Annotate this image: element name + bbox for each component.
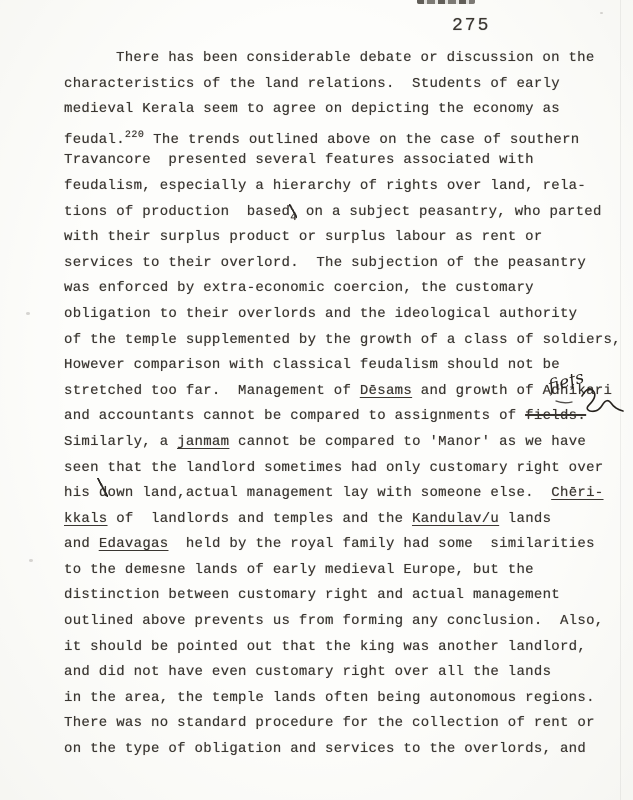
text-segment-u: Kandulav/u: [412, 511, 499, 527]
text-segment: with their surplus product or surplus la…: [64, 229, 543, 245]
text-segment-u: janmam: [177, 434, 229, 450]
text-segment-slash-sub: 4: [290, 206, 297, 232]
text-segment: his: [64, 485, 99, 501]
text-line: There has been considerable debate or di…: [64, 46, 620, 72]
scan-speck: [29, 559, 33, 562]
text-segment-u: Dēsams: [360, 383, 412, 399]
page-number: 275: [452, 16, 490, 36]
text-segment: tions of production based: [64, 204, 290, 220]
text-line: was enforced by extra-economic coercion,…: [64, 276, 620, 302]
text-segment-u: Edavagas: [99, 536, 169, 552]
text-segment: of landlords and temples and the: [108, 511, 413, 527]
text-segment: on a subject peasantry, who parted: [297, 204, 602, 220]
text-line: stretched too far. Management of Dēsams …: [64, 379, 620, 405]
scanned-document-page: 275 There has been considerable debate o…: [0, 0, 633, 800]
text-segment: and did not have even customary right ov…: [64, 664, 551, 680]
text-segment: Similarly, a: [64, 434, 177, 450]
text-segment: medieval Kerala seem to agree on depicti…: [64, 101, 560, 117]
text-segment-strike: fields.: [525, 408, 586, 424]
text-segment: lands: [499, 511, 551, 527]
scan-speck: [600, 12, 603, 14]
text-segment: The trends outlined above on the case of…: [144, 132, 579, 148]
text-line: in the area, the temple lands often bein…: [64, 686, 620, 712]
text-segment: it should be pointed out that the king w…: [64, 639, 586, 655]
text-segment: held by the royal family had some simila…: [168, 536, 594, 552]
text-segment-u: kkals: [64, 511, 108, 527]
text-line: However comparison with classical feudal…: [64, 353, 620, 379]
text-segment: seen that the landlord sometimes had onl…: [64, 460, 603, 476]
text-line: obligation to their overlords and the id…: [64, 302, 620, 328]
text-line: characteristics of the land relations. S…: [64, 72, 620, 98]
text-segment: cannot be compared to 'Manor' as we have: [229, 434, 586, 450]
text-segment-slash: d: [99, 481, 108, 507]
scan-speck: [26, 312, 30, 315]
text-line: and accountants cannot be compared to as…: [64, 404, 620, 430]
text-line: kkals of landlords and temples and the K…: [64, 507, 620, 533]
text-line: feudal.220 The trends outlined above on …: [64, 123, 620, 149]
text-segment: of the temple supplemented by the growth…: [64, 332, 621, 348]
text-line: Travancore presented several features as…: [64, 148, 620, 174]
text-segment: feudalism, especially a hierarchy of rig…: [64, 178, 586, 194]
text-line: tions of production based4 on a subject …: [64, 200, 620, 226]
text-line: on the type of obligation and services t…: [64, 737, 620, 763]
text-segment: services to their overlord. The subjecti…: [64, 255, 586, 271]
text-line: with their surplus product or surplus la…: [64, 225, 620, 251]
text-line: outlined above prevents us from forming …: [64, 609, 620, 635]
text-segment: There was no standard procedure for the …: [64, 715, 595, 731]
text-segment: was enforced by extra-economic coercion,…: [64, 280, 534, 296]
text-segment: outlined above prevents us from forming …: [64, 613, 603, 629]
text-segment: own land,actual management lay with some…: [108, 485, 552, 501]
text-segment: in the area, the temple lands often bein…: [64, 690, 595, 706]
text-line: and did not have even customary right ov…: [64, 660, 620, 686]
text-line: to the demesne lands of early medieval E…: [64, 558, 620, 584]
text-segment: feudal.: [64, 132, 125, 148]
text-line: of the temple supplemented by the growth…: [64, 328, 620, 354]
text-line: and Edavagas held by the royal family ha…: [64, 532, 620, 558]
body-text: There has been considerable debate or di…: [64, 46, 620, 763]
text-line: distinction between customary right and …: [64, 583, 620, 609]
text-segment: Travancore presented several features as…: [64, 152, 534, 168]
text-segment: characteristics of the land relations. S…: [64, 76, 560, 92]
text-line: Similarly, a janmam cannot be compared t…: [64, 430, 620, 456]
text-line: it should be pointed out that the king w…: [64, 635, 620, 661]
scan-edge-line: [620, 0, 621, 800]
text-line: feudalism, especially a hierarchy of rig…: [64, 174, 620, 200]
text-line: There was no standard procedure for the …: [64, 711, 620, 737]
text-line: medieval Kerala seem to agree on depicti…: [64, 97, 620, 123]
text-segment: There has been considerable debate or di…: [116, 50, 595, 66]
text-segment: obligation to their overlords and the id…: [64, 306, 577, 322]
text-segment-u: Chēri-: [551, 485, 603, 501]
text-line: services to their overlord. The subjecti…: [64, 251, 620, 277]
text-segment: to the demesne lands of early medieval E…: [64, 562, 534, 578]
text-segment-sup: 220: [125, 130, 145, 141]
text-segment: stretched too far. Management of: [64, 383, 360, 399]
text-segment: and: [64, 536, 99, 552]
text-segment: However comparison with classical feudal…: [64, 357, 560, 373]
text-line: seen that the landlord sometimes had onl…: [64, 456, 620, 482]
text-segment: and growth of Adhikari: [412, 383, 612, 399]
text-segment: distinction between customary right and …: [64, 587, 560, 603]
text-segment: and accountants cannot be compared to as…: [64, 408, 525, 424]
text-line: his down land,actual management lay with…: [64, 481, 620, 507]
text-segment: on the type of obligation and services t…: [64, 741, 586, 757]
scan-edge-smudge: [417, 0, 475, 4]
